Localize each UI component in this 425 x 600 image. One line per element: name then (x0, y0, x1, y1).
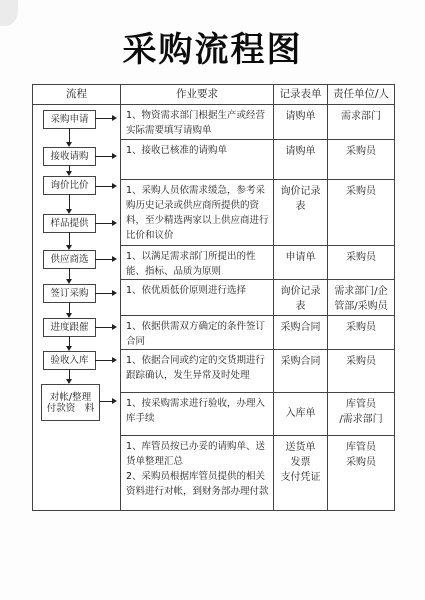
flow-step-receive-requisition: 接收请购 (43, 147, 96, 166)
responsible-cell: 采购员 (328, 140, 394, 180)
requirement-cell: 1、接收已核准的请购单 (121, 140, 274, 180)
form-cell: 申请单 (274, 246, 328, 280)
down-arrow-icon (69, 194, 70, 209)
right-arrow-icon (99, 401, 112, 402)
col-header-work-requirements: 作业要求 (121, 85, 274, 105)
flow-step-supplier-selection: 供应商选 (43, 250, 96, 269)
flow-step-reconciliation-payment: 对帐/整理 付款资 料 (41, 384, 100, 421)
responsible-cell: 采购员 (328, 350, 394, 393)
responsible-cell: 需求部门/企 管部/采购员 (328, 280, 394, 316)
flow-step-sample-provision: 样品提供 (43, 214, 96, 233)
document-page: 采购流程图 流程 作业要求 记录表单 责任单位/人 采购申请 接收请购 询价比价… (0, 0, 425, 600)
right-arrow-icon (95, 327, 112, 328)
form-cell: 询价记录 表 (274, 180, 328, 246)
right-arrow-icon (95, 118, 112, 119)
flow-step-progress-tracking: 进度跟催 (43, 318, 96, 337)
form-cell: 请购单 (274, 105, 328, 140)
requirement-cell: 1、以满足需求部门所提出的性能、指标、品质为原则 (121, 246, 274, 280)
down-arrow-icon (69, 128, 70, 142)
responsible-cell: 采购员 (328, 180, 394, 246)
right-arrow-icon (95, 293, 112, 294)
requirement-cell: 1、库管员按已办妥的请购单、送货单整理汇总 2、采购员根据库管员提供的相关资料进… (121, 436, 274, 510)
requirement-cell: 1、采购人员依需求缓急，参考采购历史记录或供应商所提供的资料，至少精选两家以上供… (121, 180, 274, 246)
flow-step-acceptance-warehousing: 验收入库 (43, 351, 96, 370)
form-cell: 入库单 (274, 393, 328, 436)
down-arrow-icon (69, 336, 70, 346)
form-cell: 采购合同 (274, 350, 328, 393)
col-header-responsible-unit: 责任单位/人 (328, 85, 394, 105)
form-cell: 送货单 发票 支付凭证 (274, 436, 328, 510)
form-cell: 请购单 (274, 140, 328, 180)
right-arrow-icon (95, 223, 112, 224)
form-cell: 采购合同 (274, 316, 328, 350)
down-arrow-icon (69, 165, 70, 171)
right-arrow-icon (95, 259, 112, 260)
down-arrow-icon (69, 268, 70, 279)
right-arrow-icon (95, 156, 112, 157)
requirement-cell: 1、依优质低价原则进行选择 (121, 280, 274, 316)
requirement-cell: 1、物资需求部门根据生产或经营实际需要填写请购单 (121, 105, 274, 140)
responsible-cell: 库管员 采购员 (328, 436, 394, 510)
requirement-cell: 1、按采购需求进行验收，办理入库手续 (121, 393, 274, 436)
flow-step-sign-purchase: 签订采购 (43, 284, 96, 303)
flow-step-inquiry-price-comparison: 询价比价 (43, 176, 96, 195)
flowchart-column: 采购申请 接收请购 询价比价 样品提供 供应商选 签订采购 进度跟催 验收入库 … (33, 105, 121, 510)
col-header-process: 流程 (33, 85, 121, 105)
right-arrow-icon (95, 186, 112, 187)
down-arrow-icon (69, 232, 70, 245)
procurement-process-table: 流程 作业要求 记录表单 责任单位/人 采购申请 接收请购 询价比价 样品提供 … (32, 84, 395, 511)
requirement-cell: 1、依据供需双方确定的条件签订合同 (121, 316, 274, 350)
responsible-cell: 需求部门 (328, 105, 394, 140)
flow-step-purchase-request: 采购申请 (43, 110, 96, 129)
responsible-cell: 采购员 (328, 316, 394, 350)
form-cell: 询价记录 表 (274, 280, 328, 316)
down-arrow-icon (69, 302, 70, 313)
down-arrow-icon (69, 369, 70, 379)
requirement-cell: 1、依据合同或约定的交货期进行跟踪确认，发生异常及时处理 (121, 350, 274, 393)
right-arrow-icon (95, 360, 112, 361)
page-title: 采购流程图 (0, 22, 425, 71)
responsible-cell: 采购员 (328, 246, 394, 280)
responsible-cell: 库管员 /需求部门 (328, 393, 394, 436)
col-header-record-forms: 记录表单 (274, 85, 328, 105)
